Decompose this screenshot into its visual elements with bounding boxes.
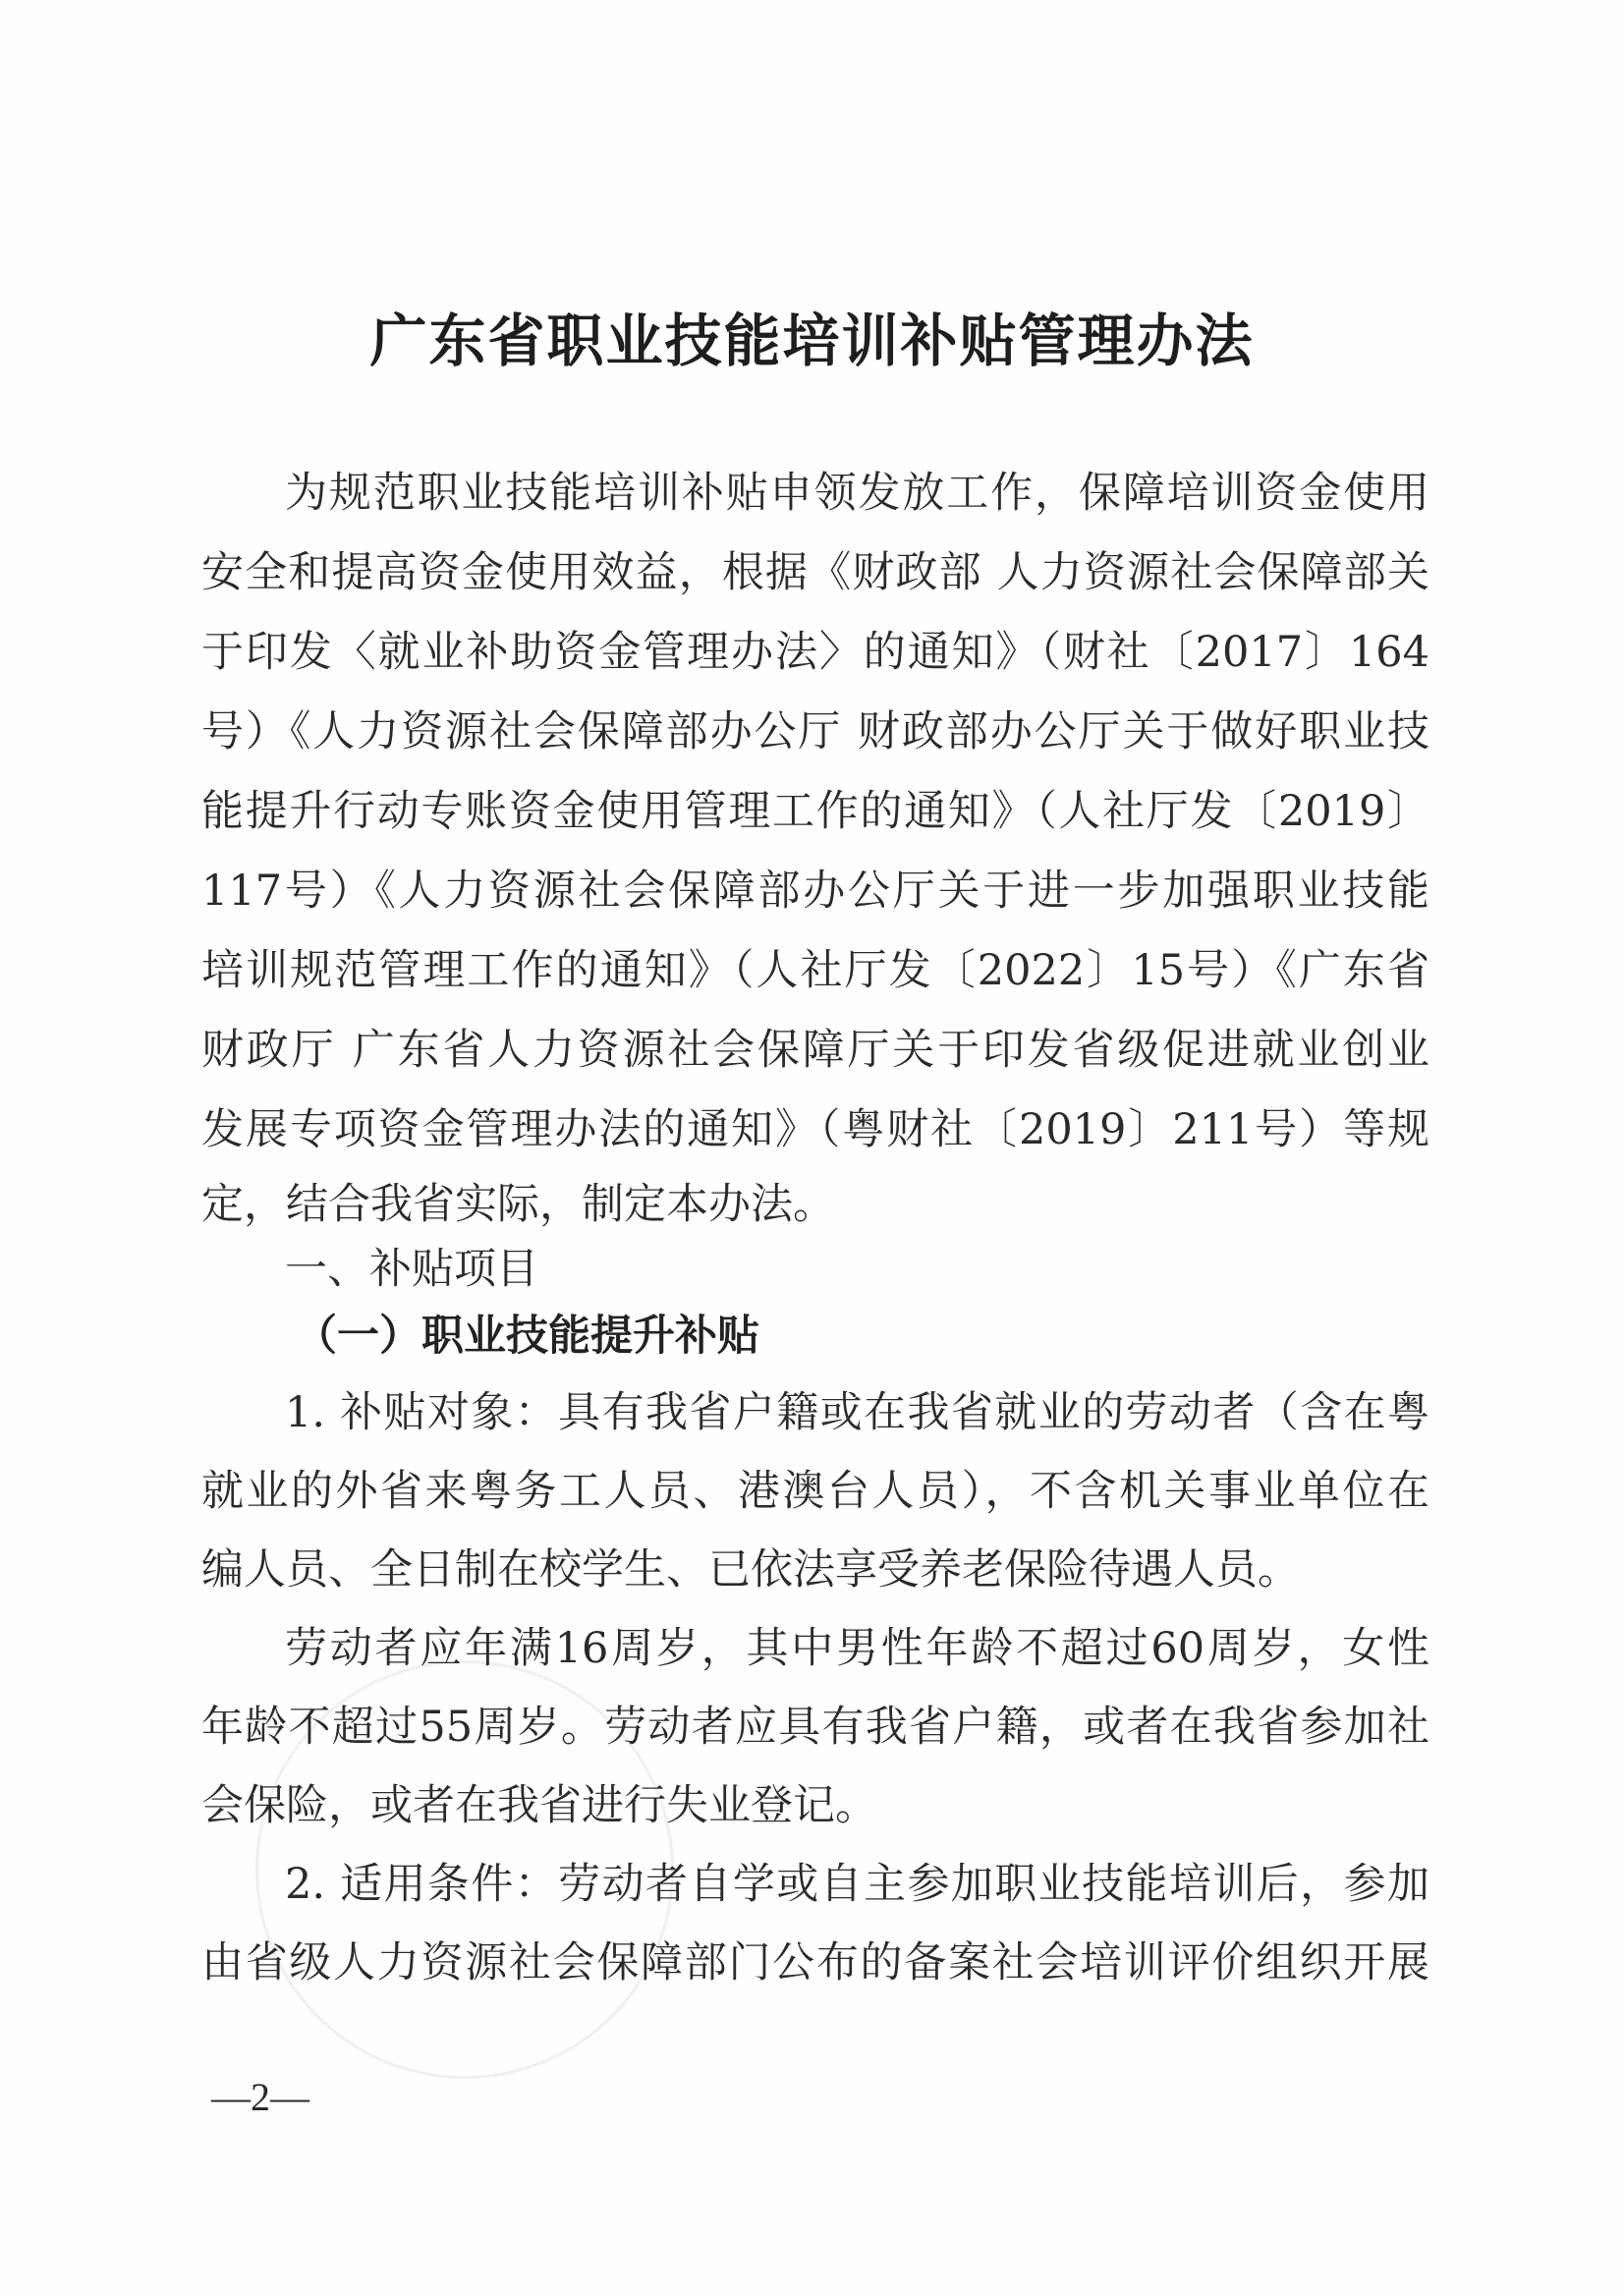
item1-para2-line: 会保险，或者在我省进行失业登记。 [201, 1776, 1429, 1835]
preamble-line: 定，结合我省实际，制定本办法。 [201, 1175, 1429, 1234]
document-title: 广东省职业技能培训补贴管理办法 [0, 295, 1624, 377]
item2-line: 由省级人力资源社会保障部门公布的备案社会培训评价组织开展 [201, 1933, 1429, 1992]
preamble-line: 培训规范管理工作的通知》（人社厅发〔2022〕15号）《广东省 [201, 941, 1429, 1000]
preamble-line: 117号）《人力资源社会保障部办公厅关于进一步加强职业技能 [201, 862, 1429, 921]
subsection-heading: （一）职业技能提升补贴 [295, 1307, 759, 1366]
item1-line: 就业的外省来粤务工人员、港澳台人员），不含机关事业单位在 [201, 1462, 1429, 1521]
preamble-line: 号）《人力资源社会保障部办公厅 财政部办公厅关于做好职业技 [201, 702, 1429, 761]
page-number: —2— [211, 2073, 309, 2122]
item2-line: 2. 适用条件：劳动者自学或自主参加职业技能培训后，参加 [285, 1855, 1429, 1914]
item1-line: 编人员、全日制在校学生、已依法享受养老保险待遇人员。 [201, 1540, 1429, 1599]
preamble-line: 发展专项资金管理办法的通知》（粤财社〔2019〕211号）等规 [201, 1100, 1429, 1159]
item1-para2-line: 年龄不超过55周岁。劳动者应具有我省户籍，或者在我省参加社 [201, 1698, 1429, 1757]
section-heading: 一、补贴项目 [285, 1240, 538, 1299]
preamble-line: 安全和提高资金使用效益，根据《财政部 人力资源社会保障部关 [201, 543, 1429, 602]
preamble-line: 为规范职业技能培训补贴申领发放工作，保障培训资金使用 [285, 464, 1429, 523]
preamble-line: 于印发〈就业补助资金管理办法〉的通知》（财社〔2017〕164 [201, 623, 1429, 682]
item1-line: 1. 补贴对象：具有我省户籍或在我省就业的劳动者（含在粤 [285, 1383, 1429, 1442]
document-page: 广东省职业技能培训补贴管理办法 为规范职业技能培训补贴申领发放工作，保障培训资金… [0, 0, 1624, 2295]
preamble-line: 能提升行动专账资金使用管理工作的通知》（人社厅发〔2019〕 [201, 782, 1429, 841]
preamble-line: 财政厅 广东省人力资源社会保障厅关于印发省级促进就业创业 [201, 1021, 1429, 1080]
item1-para2-line: 劳动者应年满16周岁，其中男性年龄不超过60周岁，女性 [285, 1619, 1429, 1678]
